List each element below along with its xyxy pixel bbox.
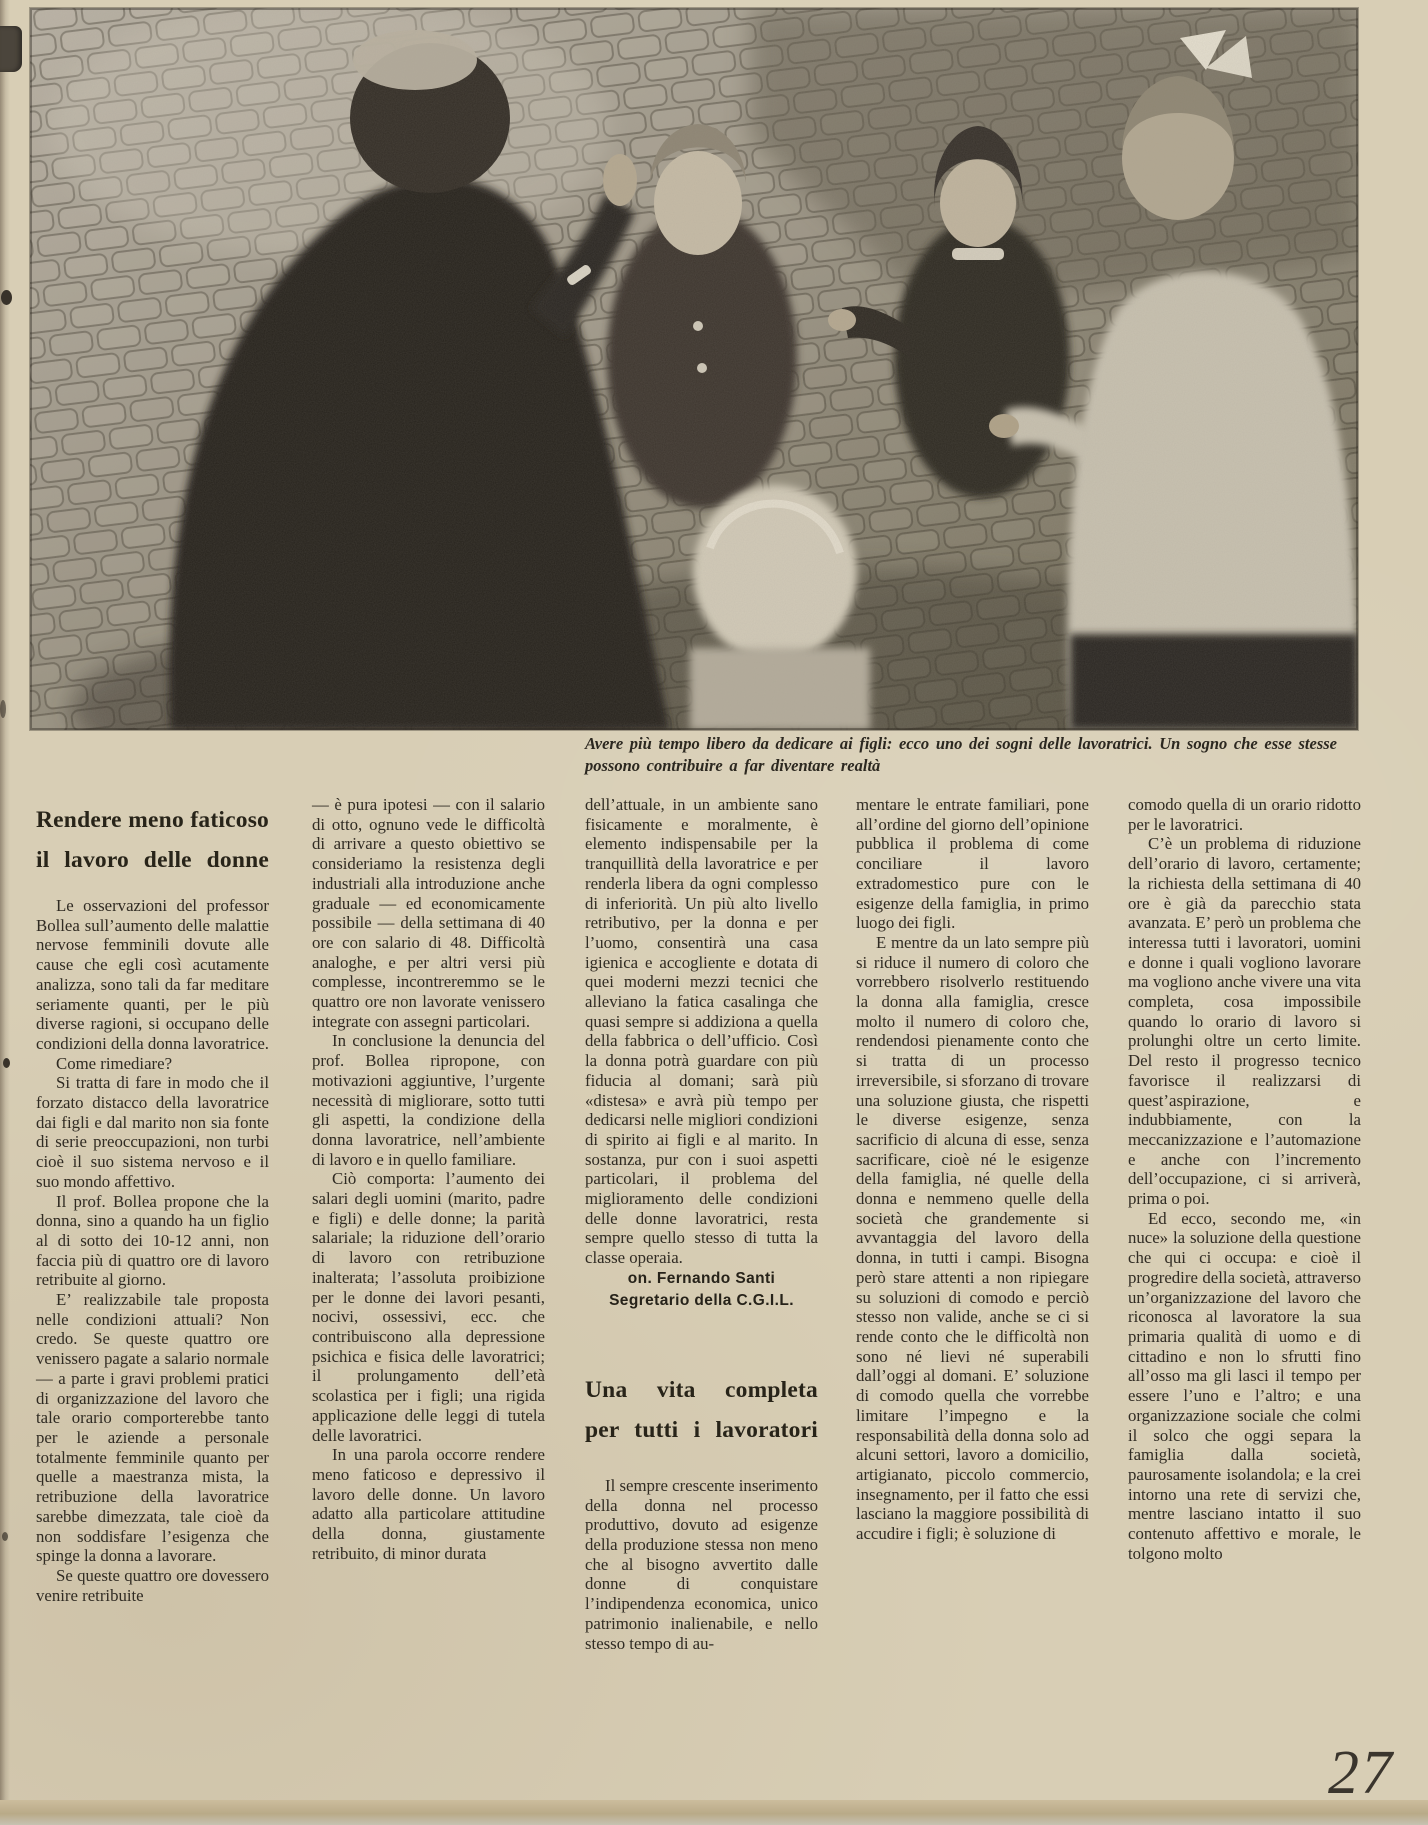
page-bottom-edge xyxy=(0,1800,1428,1825)
paragraph: Il prof. Bollea propone che la donna, si… xyxy=(36,1192,269,1291)
column-3: dell’attuale, in un ambiente sano fisica… xyxy=(585,795,818,1653)
paragraph: Ciò comporta: l’aumento dei salari degli… xyxy=(312,1169,545,1445)
title-line: il lavoro delle donne xyxy=(36,840,269,880)
paragraph: In una parola occorre rendere meno fatic… xyxy=(312,1445,545,1563)
paragraph: — è pura ipotesi — con il salario di ott… xyxy=(312,795,545,1031)
photo-image xyxy=(30,8,1358,730)
paragraph: mentare le entrate familiari, pone all’o… xyxy=(856,795,1089,933)
paragraph: E’ realizzabile tale proposta nelle cond… xyxy=(36,1290,269,1566)
paragraph: In conclusione la denuncia del prof. Bol… xyxy=(312,1031,545,1169)
column-5: comodo quella di un orario ridotto per l… xyxy=(1128,795,1361,1563)
title-line: per tutti i lavoratori xyxy=(585,1410,818,1450)
paragraph: Ed ecco, secondo me, «in nuce» la soluzi… xyxy=(1128,1209,1361,1564)
page-number: 27 xyxy=(1328,1742,1394,1804)
author-signature: on. Fernando Santi Segretario della C.G.… xyxy=(585,1268,818,1312)
paper-speck xyxy=(1,290,12,305)
column-1: Rendere meno faticoso il lavoro delle do… xyxy=(36,800,269,1605)
column-2: — è pura ipotesi — con il salario di ott… xyxy=(312,795,545,1563)
paragraph: Come rimediare? xyxy=(36,1054,269,1074)
paragraph: E mentre da un lato sempre più si riduce… xyxy=(856,933,1089,1544)
paragraph: dell’attuale, in un ambiente sano fisica… xyxy=(585,795,818,1268)
title-line: Rendere meno faticoso xyxy=(36,800,269,840)
paper-speck xyxy=(2,1532,8,1541)
magazine-page: Avere più tempo libero da dedicare ai fi… xyxy=(0,0,1428,1825)
page-torn-edge xyxy=(0,0,10,1825)
paragraph: Si tratta di fare in modo che il forzato… xyxy=(36,1073,269,1191)
paragraph: Le osservazioni del professor Bollea sul… xyxy=(36,896,269,1054)
paragraph: Se queste quattro ore dovessero venire r… xyxy=(36,1566,269,1605)
paragraph: Il sempre crescente inserimento della do… xyxy=(585,1476,818,1653)
article-title-una-vita-completa: Una vita completa per tutti i lavoratori xyxy=(585,1370,818,1450)
torn-edge-tab xyxy=(0,26,22,72)
paragraph: C’è un problema di riduzione dell’orario… xyxy=(1128,834,1361,1208)
paper-speck xyxy=(3,1058,10,1068)
paragraph: comodo quella di un orario ridotto per l… xyxy=(1128,795,1361,834)
photo-caption: Avere più tempo libero da dedicare ai fi… xyxy=(585,733,1337,776)
author-name: on. Fernando Santi xyxy=(585,1268,818,1290)
paper-speck xyxy=(0,700,6,718)
photo-children-cobblestones xyxy=(30,8,1358,730)
title-line: Una vita completa xyxy=(585,1370,818,1410)
article-title-rendere-meno-faticoso: Rendere meno faticoso il lavoro delle do… xyxy=(36,800,269,880)
column-4: mentare le entrate familiari, pone all’o… xyxy=(856,795,1089,1544)
author-role: Segretario della C.G.I.L. xyxy=(585,1290,818,1312)
